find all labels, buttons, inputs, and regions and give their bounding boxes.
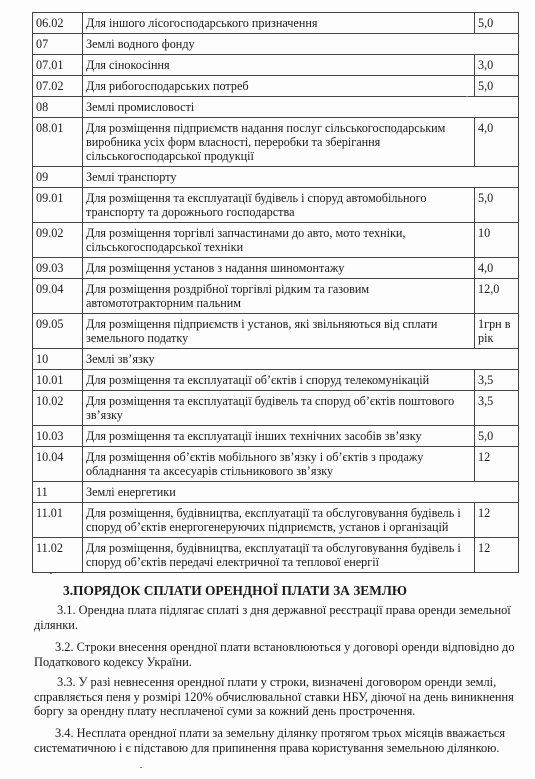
table-group-row: 08Землі промисловості xyxy=(33,97,519,118)
row-description: Для розміщення, будівництва, експлуатаці… xyxy=(83,503,475,538)
paragraph-3-2: 3.2. Строки внесення орендної плати вста… xyxy=(34,640,520,669)
group-title: Землі транспорту xyxy=(83,167,519,188)
row-rate-value: 5,0 xyxy=(475,13,519,34)
table-row: 10.04Для розміщення об’єктів мобільного … xyxy=(33,447,519,482)
row-rate-value: 12,0 xyxy=(475,279,519,314)
table-row: 10.01Для розміщення та експлуатації об’є… xyxy=(33,370,519,391)
row-rate-value: 10 xyxy=(475,223,519,258)
table-body: 06.02Для іншого лісогосподарського призн… xyxy=(33,13,519,573)
table-row: 09.01Для розміщення та експлуатації буді… xyxy=(33,188,519,223)
row-code: 07 xyxy=(33,34,83,55)
row-code: 11.02 xyxy=(33,538,83,573)
table-row: 09.03Для розміщення установ з надання ши… xyxy=(33,258,519,279)
row-description: Для рибогосподарських потреб xyxy=(83,76,475,97)
row-description: Для розміщення підприємств і установ, як… xyxy=(83,314,475,349)
row-rate-value: 12 xyxy=(475,447,519,482)
row-code: 09.01 xyxy=(33,188,83,223)
scan-speck xyxy=(140,767,142,768)
row-description: Для розміщення та експлуатації об’єктів … xyxy=(83,370,475,391)
row-description: Для розміщення торгівлі запчастинами до … xyxy=(83,223,475,258)
row-code: 10.01 xyxy=(33,370,83,391)
row-description: Для розміщення та експлуатації будівель … xyxy=(83,188,475,223)
row-code: 07.02 xyxy=(33,76,83,97)
row-rate-value: 5,0 xyxy=(475,76,519,97)
group-title: Землі зв’язку xyxy=(83,349,519,370)
row-description: Для розміщення, будівництва, експлуатаці… xyxy=(83,538,475,573)
table-row: 10.02Для розміщення та експлуатації буді… xyxy=(33,391,519,426)
row-code: 10 xyxy=(33,349,83,370)
row-rate-value: 4,0 xyxy=(475,118,519,167)
table-group-row: 07Землі водного фонду xyxy=(33,34,519,55)
row-rate-value: 5,0 xyxy=(475,188,519,223)
table-row: 07.01Для сінокосіння3,0 xyxy=(33,55,519,76)
row-description: Для розміщення підприємств надання послу… xyxy=(83,118,475,167)
land-rate-table: 06.02Для іншого лісогосподарського призн… xyxy=(32,12,519,573)
table-row: 08.01Для розміщення підприємств надання … xyxy=(33,118,519,167)
row-description: Для розміщення установ з надання шиномон… xyxy=(83,258,475,279)
row-code: 09.05 xyxy=(33,314,83,349)
row-description: Для розміщення об’єктів мобільного зв’яз… xyxy=(83,447,475,482)
table-group-row: 09Землі транспорту xyxy=(33,167,519,188)
row-code: 10.04 xyxy=(33,447,83,482)
table-row: 10.03Для розміщення та експлуатації інши… xyxy=(33,426,519,447)
table-row: 09.02Для розміщення торгівлі запчастинам… xyxy=(33,223,519,258)
row-code: 11 xyxy=(33,482,83,503)
group-title: Землі промисловості xyxy=(83,97,519,118)
row-rate-value: 3,5 xyxy=(475,370,519,391)
row-code: 10.03 xyxy=(33,426,83,447)
table-row: 09.04Для розміщення роздрібної торгівлі … xyxy=(33,279,519,314)
scan-speck xyxy=(466,96,468,97)
row-code: 09 xyxy=(33,167,83,188)
table-row: 11.02Для розміщення, будівництва, експлу… xyxy=(33,538,519,573)
row-code: 06.02 xyxy=(33,13,83,34)
row-rate-value: 3,5 xyxy=(475,391,519,426)
row-description: Для розміщення та експлуатації будівель … xyxy=(83,391,475,426)
row-code: 08 xyxy=(33,97,83,118)
table-row: 07.02Для рибогосподарських потреб5,0 xyxy=(33,76,519,97)
row-code: 09.04 xyxy=(33,279,83,314)
table-group-row: 10Землі зв’язку xyxy=(33,349,519,370)
row-code: 08.01 xyxy=(33,118,83,167)
row-description: Для сінокосіння xyxy=(83,55,475,76)
table-group-row: 11Землі енергетики xyxy=(33,482,519,503)
paragraph-3-4: 3.4. Несплата орендної плати за земельну… xyxy=(34,726,520,755)
row-rate-value: 1грн в рік xyxy=(475,314,519,349)
row-code: 07.01 xyxy=(33,55,83,76)
table-row: 11.01Для розміщення, будівництва, експлу… xyxy=(33,503,519,538)
section-title: 3.ПОРЯДОК СПЛАТИ ОРЕНДНОЇ ПЛАТИ ЗА ЗЕМЛЮ xyxy=(63,583,407,599)
group-title: Землі водного фонду xyxy=(83,34,519,55)
table-row: 09.05Для розміщення підприємств і устано… xyxy=(33,314,519,349)
row-code: 11.01 xyxy=(33,503,83,538)
row-rate-value: 3,0 xyxy=(475,55,519,76)
row-rate-value: 12 xyxy=(475,503,519,538)
row-code: 09.02 xyxy=(33,223,83,258)
paragraph-3-1: 3.1. Орендна плата підлягає сплаті з дня… xyxy=(34,603,520,632)
row-code: 09.03 xyxy=(33,258,83,279)
group-title: Землі енергетики xyxy=(83,482,519,503)
row-description: Для іншого лісогосподарського призначенн… xyxy=(83,13,475,34)
table-row: 06.02Для іншого лісогосподарського призн… xyxy=(33,13,519,34)
row-code: 10.02 xyxy=(33,391,83,426)
row-rate-value: 4,0 xyxy=(475,258,519,279)
row-rate-value: 12 xyxy=(475,538,519,573)
row-rate-value: 5,0 xyxy=(475,426,519,447)
scan-speck xyxy=(50,573,52,574)
paragraph-3-3: 3.3. У разі невнесення орендної плати у … xyxy=(34,675,520,719)
row-description: Для розміщення та експлуатації інших тех… xyxy=(83,426,475,447)
row-description: Для розміщення роздрібної торгівлі рідки… xyxy=(83,279,475,314)
